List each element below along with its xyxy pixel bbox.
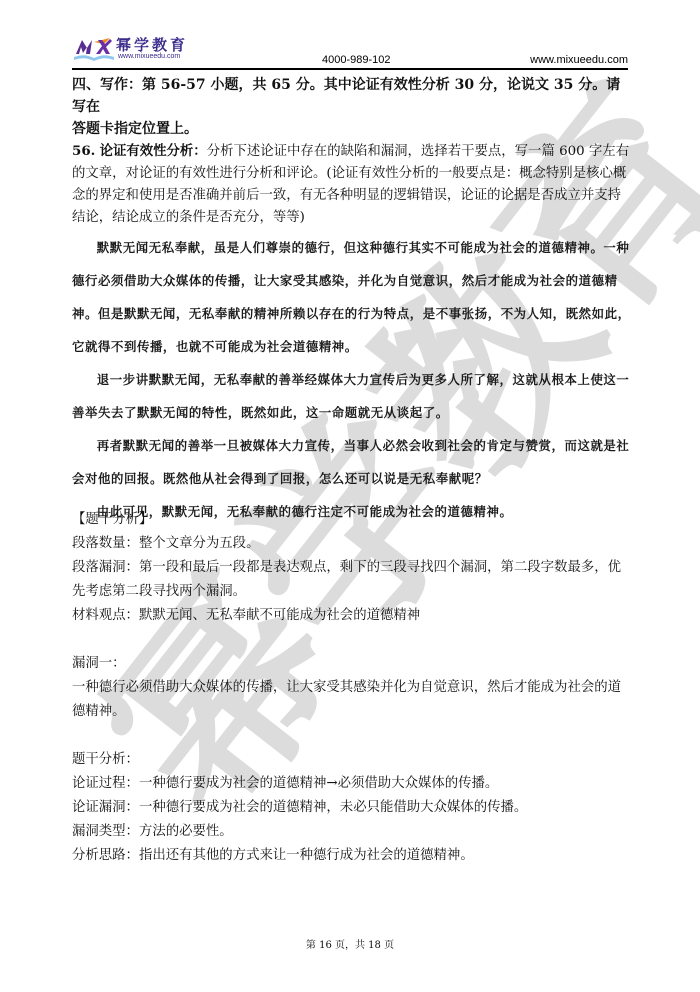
passage-paragraph-3: 再者默默无闻的善举一旦被媒体大力宣传，当事人必然会收到社会的肯定与赞赏，而这就是… xyxy=(72,429,632,495)
argument-flaw: 论证漏洞：一种德行要成为社会的道德精神，未必只能借助大众媒体的传播。 xyxy=(72,796,632,820)
logo: 幂学教育 www.mixueedu.com xyxy=(72,34,222,66)
section-heading-line2: 答题卡指定位置上。 xyxy=(72,121,198,137)
main-content: 四、写作：第 56-57 小题，共 65 分。其中论证有效性分析 30 分，论说… xyxy=(72,72,632,528)
logo-title: 幂学教育 xyxy=(116,34,188,55)
flaw-type: 漏洞类型：方法的必要性。 xyxy=(72,820,632,844)
header-divider xyxy=(72,68,628,70)
question-title: 论证有效性分析： xyxy=(100,143,207,159)
passage-paragraph-1: 默默无闻无私奉献，虽是人们尊崇的德行，但这种德行其实不可能成为社会的道德精神。一… xyxy=(72,231,632,363)
section-heading: 四、写作：第 56-57 小题，共 65 分。其中论证有效性分析 30 分，论说… xyxy=(72,74,632,140)
material-view: 材料观点：默默无闻、无私奉献不可能成为社会的道德精神 xyxy=(72,604,632,628)
flaw1-text: 一种德行必须借助大众媒体的传播，让大家受其感染并化为自觉意识，然后才能成为社会的… xyxy=(72,676,632,724)
section-heading-line1: 四、写作：第 56-57 小题，共 65 分。其中论证有效性分析 30 分，论说… xyxy=(72,77,620,115)
document-page: 幂学教育 幂学教育 www.mixueedu.com 4000-989-102 … xyxy=(0,0,700,992)
page-number: 第 16 页，共 18 页 xyxy=(306,940,394,951)
logo-mark-icon xyxy=(74,36,114,62)
analysis-section: 【题干分析】 段落数量：整个文章分为五段。 段落漏洞：第一段和最后一段都是表达观… xyxy=(72,508,632,868)
flaw1-label: 漏洞一： xyxy=(72,652,632,676)
argument-passage: 默默无闻无私奉献，虽是人们尊崇的德行，但这种德行其实不可能成为社会的道德精神。一… xyxy=(72,231,632,528)
analysis-approach: 分析思路：指出还有其他的方式来让一种德行成为社会的道德精神。 xyxy=(72,844,632,868)
phone-number: 4000-989-102 xyxy=(322,54,391,66)
paragraph-flaws: 段落漏洞：第一段和最后一段都是表达观点，剩下的三段寻找四个漏洞，第二段字数最多，… xyxy=(72,556,632,604)
page-header: 幂学教育 www.mixueedu.com 4000-989-102 www.m… xyxy=(72,34,628,68)
website-url: www.mixueedu.com xyxy=(530,54,628,66)
passage-paragraph-2: 退一步讲默默无闻，无私奉献的善举经媒体大力宣传后为更多人所了解，这就从根本上使这… xyxy=(72,363,632,429)
page-footer: 第 16 页，共 18 页 xyxy=(0,936,700,951)
question-number: 56. xyxy=(72,143,95,159)
argument-process: 论证过程：一种德行要成为社会的道德精神→必须借助大众媒体的传播。 xyxy=(72,772,632,796)
analysis-title: 【题干分析】 xyxy=(72,508,632,532)
logo-url: www.mixueedu.com xyxy=(118,53,180,60)
paragraph-count: 段落数量：整个文章分为五段。 xyxy=(72,532,632,556)
question-56: 56. 论证有效性分析：分析下述论证中存在的缺陷和漏洞，选择若干要点，写一篇 6… xyxy=(72,140,632,229)
sub-analysis-title: 题干分析： xyxy=(72,748,632,772)
